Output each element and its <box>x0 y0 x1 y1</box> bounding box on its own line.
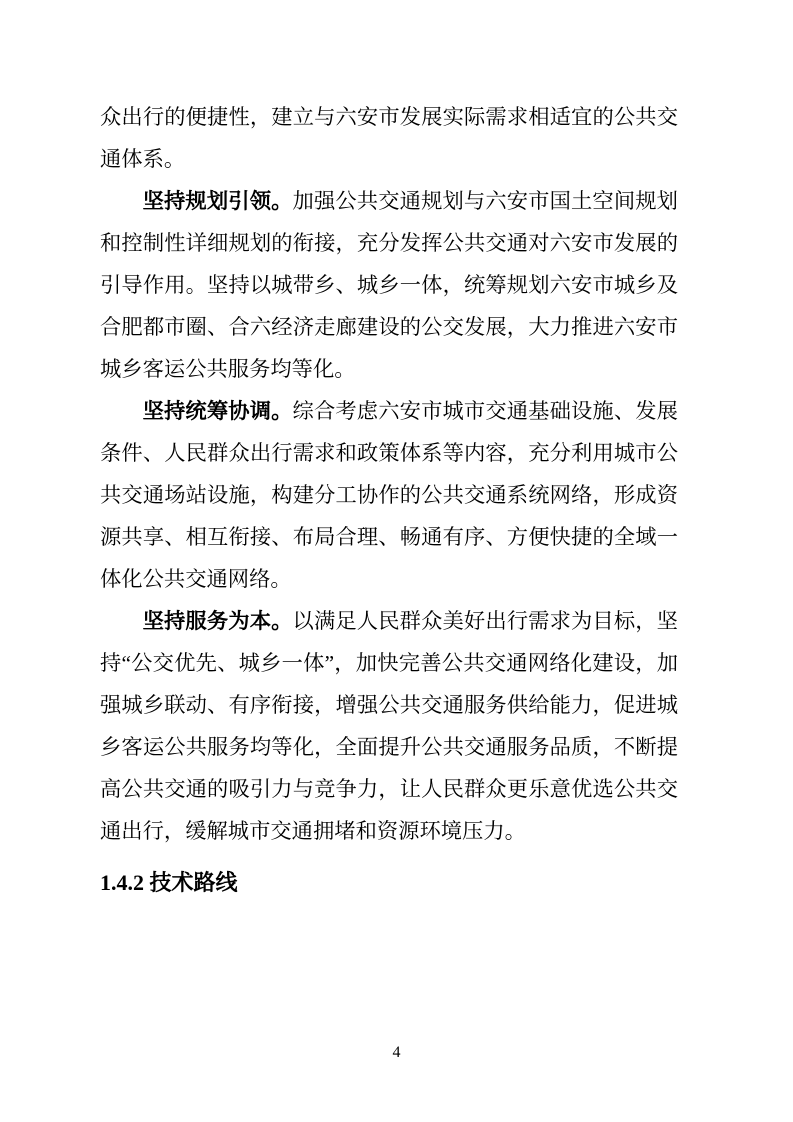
paragraph-service-oriented: 坚持服务为本。以满足人民群众美好出行需求为目标，坚持“公交优先、城乡一体”，加快… <box>100 600 678 852</box>
paragraph-lead-bold: 坚持规划引领。 <box>143 189 293 213</box>
document-page: 众出行的便捷性，建立与六安市发展实际需求相适宜的公共交通体系。 坚持规划引领。加… <box>0 0 793 1122</box>
paragraph-lead-bold: 坚持统筹协调。 <box>143 399 293 423</box>
paragraph-text: 加强公共交通规划与六安市国土空间规划和控制性详细规划的衔接，充分发挥公共交通对六… <box>100 189 678 381</box>
paragraph-text: 众出行的便捷性，建立与六安市发展实际需求相适宜的公共交通体系。 <box>100 105 678 171</box>
paragraph-overall-coordination: 坚持统筹协调。综合考虑六安市城市交通基础设施、发展条件、人民群众出行需求和政策体… <box>100 390 678 600</box>
section-heading: 1.4.2 技术路线 <box>100 867 678 899</box>
paragraph-continuation: 众出行的便捷性，建立与六安市发展实际需求相适宜的公共交通体系。 <box>100 96 678 180</box>
page-content: 众出行的便捷性，建立与六安市发展实际需求相适宜的公共交通体系。 坚持规划引领。加… <box>100 96 678 899</box>
paragraph-planning-guidance: 坚持规划引领。加强公共交通规划与六安市国土空间规划和控制性详细规划的衔接，充分发… <box>100 180 678 390</box>
page-number: 4 <box>0 1044 793 1062</box>
paragraph-lead-bold: 坚持服务为本。 <box>143 609 293 633</box>
paragraph-text: 以满足人民群众美好出行需求为目标，坚持“公交优先、城乡一体”，加快完善公共交通网… <box>100 609 678 843</box>
paragraph-text: 综合考虑六安市城市交通基础设施、发展条件、人民群众出行需求和政策体系等内容，充分… <box>100 399 678 591</box>
